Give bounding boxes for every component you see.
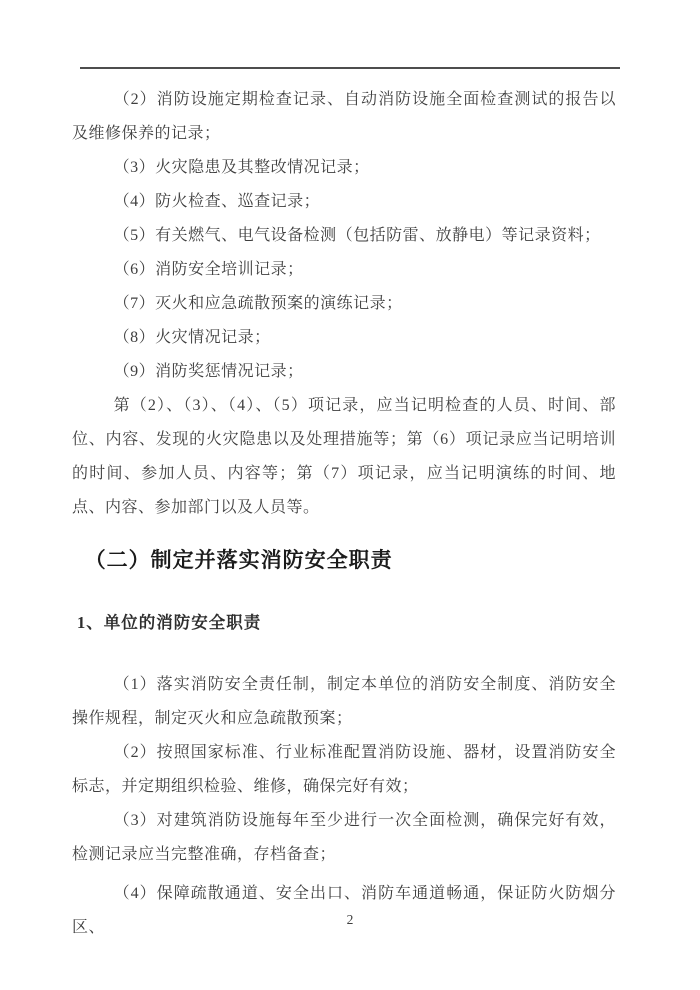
paragraph-records-2: （2）消防设施定期检查记录、自动消防设施全面检查测试的报告以及维修保养的记录； bbox=[72, 83, 616, 151]
page-number: 2 bbox=[0, 908, 700, 932]
paragraph-records-9: （9）消防奖惩情况记录； bbox=[72, 355, 616, 389]
paragraph-records-6: （6）消防安全培训记录； bbox=[72, 253, 616, 287]
paragraph-records-7: （7）灭火和应急疏散预案的演练记录； bbox=[72, 287, 616, 321]
paragraph-duty-2: （2）按照国家标准、行业标准配置消防设施、器材，设置消防安全标志，并定期组织检验… bbox=[72, 736, 616, 804]
document-page: （2）消防设施定期检查记录、自动消防设施全面检查测试的报告以及维修保养的记录； … bbox=[0, 0, 700, 990]
paragraph-records-summary: 第（2）、（3）、（4）、（5）项记录，应当记明检查的人员、时间、部位、内容、发… bbox=[72, 389, 616, 525]
paragraph-records-5: （5）有关燃气、电气设备检测（包括防雷、放静电）等记录资料； bbox=[72, 219, 616, 253]
section-heading: （二）制定并落实消防安全职责 bbox=[72, 543, 616, 579]
paragraph-duty-1: （1）落实消防安全责任制，制定本单位的消防安全制度、消防安全操作规程，制定灭火和… bbox=[72, 668, 616, 736]
header-rule bbox=[80, 0, 620, 69]
paragraph-records-3: （3）火灾隐患及其整改情况记录； bbox=[72, 151, 616, 185]
paragraph-records-4: （4）防火检查、巡查记录； bbox=[72, 185, 616, 219]
paragraph-duty-3: （3）对建筑消防设施每年至少进行一次全面检测，确保完好有效，检测记录应当完整准确… bbox=[72, 804, 616, 872]
sub-heading: 1、单位的消防安全职责 bbox=[72, 606, 616, 640]
document-body: （2）消防设施定期检查记录、自动消防设施全面检查测试的报告以及维修保养的记录； … bbox=[72, 83, 616, 945]
paragraph-records-8: （8）火灾情况记录； bbox=[72, 321, 616, 355]
